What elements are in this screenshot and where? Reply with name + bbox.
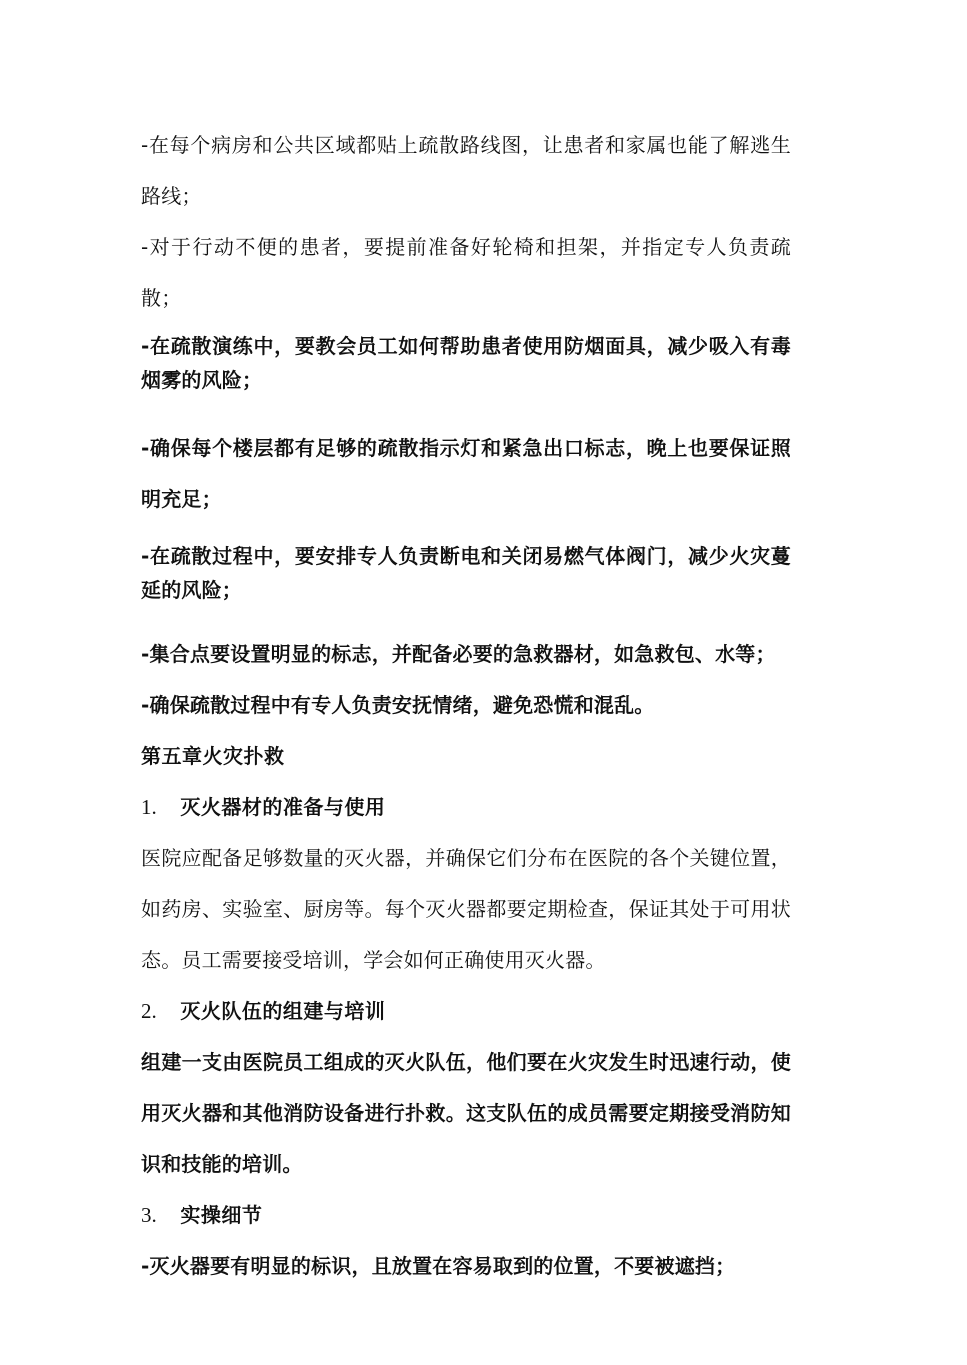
section-heading-2: 2. 灭火队伍的组建与培训 [141,986,791,1037]
section-title: 灭火器材的准备与使用 [180,795,385,819]
bullet-item: -灭火器要有明显的标识，且放置在容易取到的位置，不要被遮挡； [141,1241,791,1292]
document-page: -在每个病房和公共区域都贴上疏散路线图，让患者和家属也能了解逃生路线； -对于行… [0,0,967,1365]
section-body: 医院应配备足够数量的灭火器，并确保它们分布在医院的各个关键位置，如药房、实验室、… [141,833,791,986]
section-number: 2. [141,986,174,1037]
document-content: -在每个病房和公共区域都贴上疏散路线图，让患者和家属也能了解逃生路线； -对于行… [141,120,791,1292]
bullet-item: -确保疏散过程中有专人负责安抚情绪，避免恐慌和混乱。 [141,680,791,731]
bullet-item: -在疏散演练中，要教会员工如何帮助患者使用防烟面具，减少吸入有毒烟雾的风险； [141,329,791,397]
bullet-item: -确保每个楼层都有足够的疏散指示灯和紧急出口标志，晚上也要保证照明充足； [141,423,791,525]
section-number: 1. [141,782,174,833]
section-body: 组建一支由医院员工组成的灭火队伍，他们要在火灾发生时迅速行动，使用灭火器和其他消… [141,1037,791,1190]
section-heading-1: 1. 灭火器材的准备与使用 [141,782,791,833]
bullet-item: -对于行动不便的患者，要提前准备好轮椅和担架，并指定专人负责疏散； [141,222,791,324]
bullet-item: -集合点要设置明显的标志，并配备必要的急救器材，如急救包、水等； [141,629,791,680]
section-number: 3. [141,1190,174,1241]
bullet-item: -在疏散过程中，要安排专人负责断电和关闭易燃气体阀门，减少火灾蔓延的风险； [141,539,791,607]
section-title: 灭火队伍的组建与培训 [180,999,385,1023]
chapter-heading: 第五章火灾扑救 [141,731,791,782]
bullet-item: -在每个病房和公共区域都贴上疏散路线图，让患者和家属也能了解逃生路线； [141,120,791,222]
section-title: 实操细节 [180,1203,262,1227]
section-heading-3: 3. 实操细节 [141,1190,791,1241]
